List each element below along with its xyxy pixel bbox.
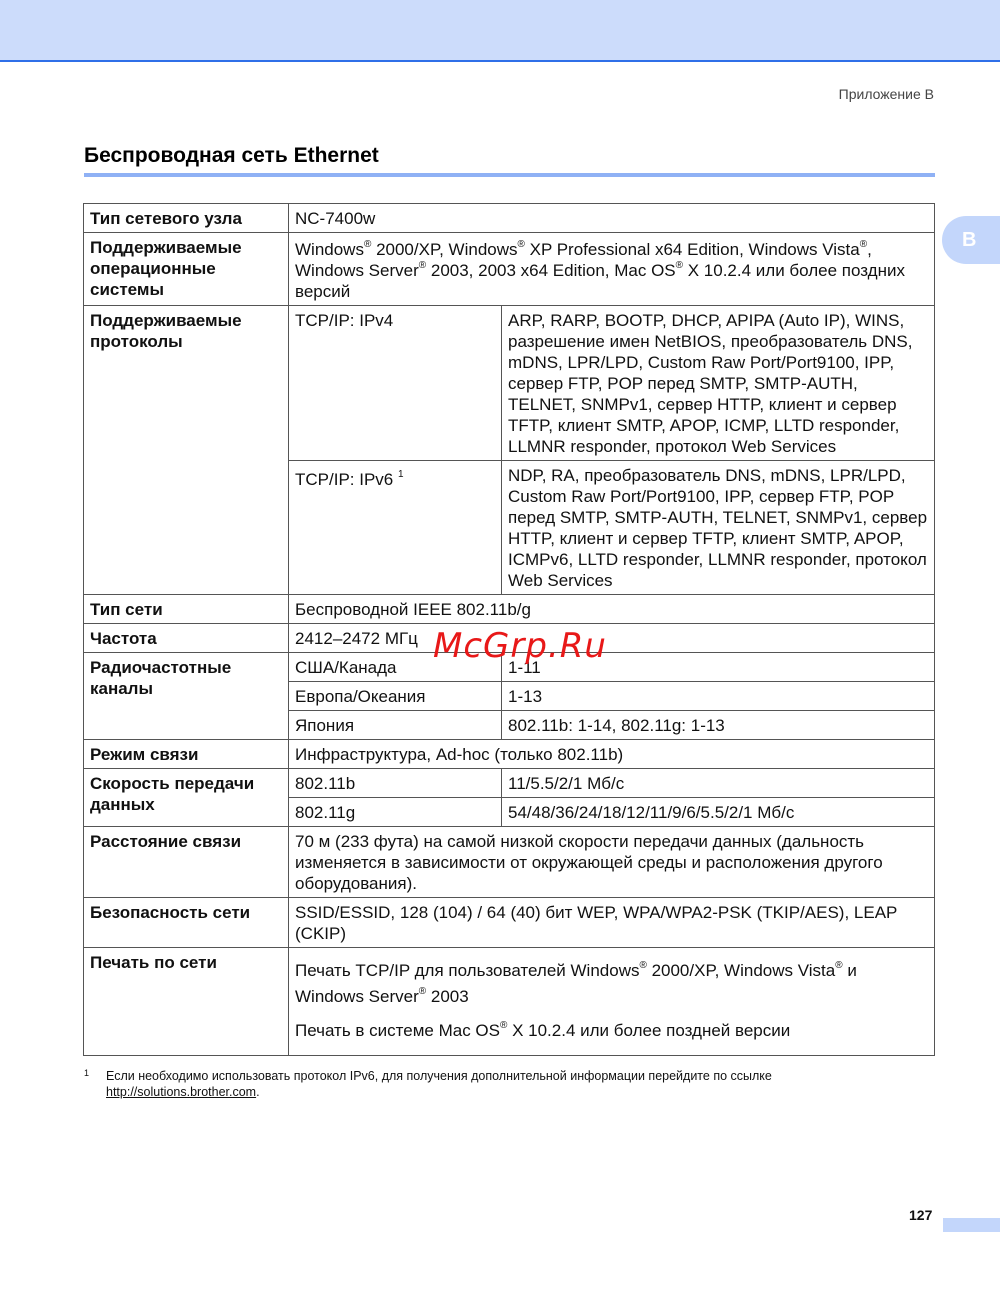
table-row: Скорость передачи данных 802.11b 11/5.5/… <box>84 769 935 798</box>
table-row: Поддерживаемые операционные системы Wind… <box>84 233 935 306</box>
page-bar <box>943 1218 1000 1232</box>
row-value: Инфраструктура, Ad-hoc (только 802.11b) <box>289 740 935 769</box>
protocol-list: NDP, RA, преобразователь DNS, mDNS, LPR/… <box>502 461 935 595</box>
row-label: Тип сетевого узла <box>84 204 289 233</box>
row-value: 70 м (233 фута) на самой низкой скорости… <box>289 827 935 898</box>
row-label: Безопасность сети <box>84 898 289 948</box>
row-value: Беспроводной IEEE 802.11b/g <box>289 595 935 624</box>
table-row: Тип сетевого узла NC-7400w <box>84 204 935 233</box>
footnote-ref: 1 <box>398 469 404 480</box>
rate-standard: 802.11b <box>289 769 502 798</box>
channel-value: 1-13 <box>502 682 935 711</box>
row-value: NC-7400w <box>289 204 935 233</box>
row-label: Расстояние связи <box>84 827 289 898</box>
watermark: McGrp.Ru <box>433 626 607 666</box>
row-label: Поддерживаемые операционные системы <box>84 233 289 306</box>
table-row: Тип сети Беспроводной IEEE 802.11b/g <box>84 595 935 624</box>
header-band <box>0 0 1000 62</box>
row-value: 2412–2472 МГц <box>289 624 935 653</box>
rate-value: 11/5.5/2/1 Мб/с <box>502 769 935 798</box>
row-label: Частота <box>84 624 289 653</box>
appendix-side-tab: B <box>942 216 1000 264</box>
protocol-name: TCP/IP: IPv6 1 <box>289 461 502 595</box>
rate-standard: 802.11g <box>289 798 502 827</box>
row-label: Режим связи <box>84 740 289 769</box>
page-number: 127 <box>909 1207 932 1223</box>
row-label: Скорость передачи данных <box>84 769 289 827</box>
section-title: Беспроводная сеть Ethernet <box>84 144 379 168</box>
table-row: Поддерживаемые протоколы TCP/IP: IPv4 AR… <box>84 306 935 461</box>
footnote: 1 Если необходимо использовать протокол … <box>84 1068 772 1100</box>
channel-value: 802.11b: 1-14, 802.11g: 1-13 <box>502 711 935 740</box>
row-value: Windows® 2000/XP, Windows® XP Profession… <box>289 233 935 306</box>
footnote-text: Если необходимо использовать протокол IP… <box>106 1069 772 1083</box>
row-value: SSID/ESSID, 128 (104) / 64 (40) бит WEP,… <box>289 898 935 948</box>
running-head: Приложение B <box>839 86 934 102</box>
row-label: Печать по сети <box>84 948 289 1056</box>
row-label: Поддерживаемые протоколы <box>84 306 289 595</box>
footnote-link[interactable]: http://solutions.brother.com <box>106 1085 256 1099</box>
row-value: Печать TCP/IP для пользователей Windows®… <box>289 948 935 1056</box>
table-row: Печать по сети Печать TCP/IP для пользов… <box>84 948 935 1056</box>
protocol-name: TCP/IP: IPv4 <box>289 306 502 461</box>
table-row: Режим связи Инфраструктура, Ad-hoc (толь… <box>84 740 935 769</box>
row-label: Радиочастотные каналы <box>84 653 289 740</box>
print-mac-text: Печать в системе Mac OS® X 10.2.4 или бо… <box>295 1018 928 1044</box>
channel-region: Япония <box>289 711 502 740</box>
channel-region: Европа/Океания <box>289 682 502 711</box>
table-row: Безопасность сети SSID/ESSID, 128 (104) … <box>84 898 935 948</box>
print-tcpip-text: Печать TCP/IP для пользователей Windows®… <box>295 958 928 1010</box>
table-row: Расстояние связи 70 м (233 фута) на само… <box>84 827 935 898</box>
footnote-number: 1 <box>84 1065 89 1081</box>
protocol-list: ARP, RARP, BOOTP, DHCP, APIPA (Auto IP),… <box>502 306 935 461</box>
title-rule <box>84 173 935 177</box>
row-label: Тип сети <box>84 595 289 624</box>
rate-value: 54/48/36/24/18/12/11/9/6/5.5/2/1 Мб/с <box>502 798 935 827</box>
